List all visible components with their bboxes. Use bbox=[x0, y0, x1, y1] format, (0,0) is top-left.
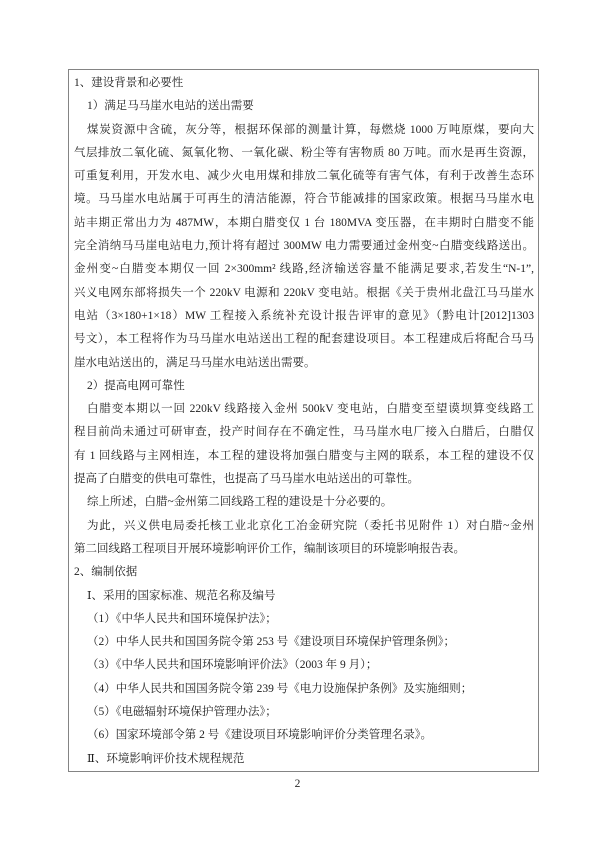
text-line: Ⅰ、采用的国家标准、规范名称及编号 bbox=[74, 585, 534, 608]
text-line: （5）《电磁辐射环境保护管理办法》； bbox=[74, 701, 534, 724]
text-line: 白腊变本期以一回 220kV 线路接入金州 500kV 变电站，白腊变至望谟坝算… bbox=[74, 398, 534, 421]
text-line: 煤炭资源中含硫，灰分等，根据环保部的测量计算，每燃烧 1000 万吨原煤，要向大 bbox=[74, 119, 534, 142]
text-line: 2）提高电网可靠性 bbox=[74, 375, 534, 398]
text-line: 程目前尚未通过可研审查，投产时间存在不确定性，马马崖水电厂接入白腊后，白腊仅 bbox=[74, 421, 534, 444]
text-line: 站丰期正常出力为 487MW，本期白腊变仅 1 台 180MVA 变压器，在丰期… bbox=[74, 212, 534, 235]
text-line: 1、建设背景和必要性 bbox=[74, 72, 534, 95]
text-line: 号文），本工程将作为马马崖水电站送出工程的配套建设项目。本工程建成后将配合马马 bbox=[74, 328, 534, 351]
text-line: 可重复利用，开发水电、减少火电用煤和排放二氧化硫等有害气体，有利于改善生态环 bbox=[74, 165, 534, 188]
text-line: 2、编制依据 bbox=[74, 561, 534, 584]
document-body: 1、建设背景和必要性1）满足马马崖水电站的送出需要煤炭资源中含硫，灰分等，根据环… bbox=[74, 72, 534, 771]
text-line: 第二回线路工程项目开展环境影响评价工作，编制该项目的环境影响报告表。 bbox=[74, 538, 534, 561]
text-line: 兴义电网东部将损失一个 220kV 电源和 220kV 变电站。根据《关于贵州北… bbox=[74, 282, 534, 305]
text-line: 电站（3×180+1×18）MW 工程接入系统补充设计报告评审的意见》（黔电计[… bbox=[74, 305, 534, 328]
text-line: Ⅱ、环境影响评价技术规程规范 bbox=[74, 748, 534, 771]
text-line: 提高了白腊变的供电可靠性，也提高了马马崖水电站送出的可靠性。 bbox=[74, 468, 534, 491]
text-line: （2）中华人民共和国国务院令第 253 号《建设项目环境保护管理条例》； bbox=[74, 631, 534, 654]
content-frame: 1、建设背景和必要性1）满足马马崖水电站的送出需要煤炭资源中含硫，灰分等，根据环… bbox=[68, 69, 539, 772]
page-sheet: 1、建设背景和必要性1）满足马马崖水电站的送出需要煤炭资源中含硫，灰分等，根据环… bbox=[0, 0, 595, 842]
text-line: 有 1 回线路与主网相连，本工程的建设将加强白腊变与主网的联系，本工程的建设不仅 bbox=[74, 445, 534, 468]
text-line: 崖水电站送出的，满足马马崖水电站送出需要。 bbox=[74, 352, 534, 375]
text-line: 金州变~白腊变本期仅一回 2×300mm² 线路,经济输送容量不能满足要求,若发… bbox=[74, 258, 534, 281]
text-line: （4）中华人民共和国国务院令第 239 号《电力设施保护条例》及实施细则； bbox=[74, 678, 534, 701]
text-line: （1）《中华人民共和国环境保护法》； bbox=[74, 608, 534, 631]
text-line: 完全消纳马马崖电站电力,预计将有超过 300MW 电力需要通过金州变~白腊变线路… bbox=[74, 235, 534, 258]
text-line: 为此，兴义供电局委托核工业北京化工冶金研究院（委托书见附件 1）对白腊~金州 bbox=[74, 515, 534, 538]
text-line: 综上所述，白腊~金州第二回线路工程的建设是十分必要的。 bbox=[74, 491, 534, 514]
text-line: （3）《中华人民共和国环境影响评价法》（2003 年 9 月）； bbox=[74, 654, 534, 677]
text-line: 境。马马崖水电站属于可再生的清洁能源，符合节能减排的国家政策。根据马马崖水电 bbox=[74, 188, 534, 211]
text-line: 1）满足马马崖水电站的送出需要 bbox=[74, 95, 534, 118]
page-number: 2 bbox=[0, 778, 595, 790]
text-line: 气层排放二氧化硫、氮氧化物、一氧化碳、粉尘等有害物质 80 万吨。而水是再生资源… bbox=[74, 142, 534, 165]
text-line: （6）国家环境部令第 2 号《建设项目环境影响评价分类管理名录》。 bbox=[74, 724, 534, 747]
